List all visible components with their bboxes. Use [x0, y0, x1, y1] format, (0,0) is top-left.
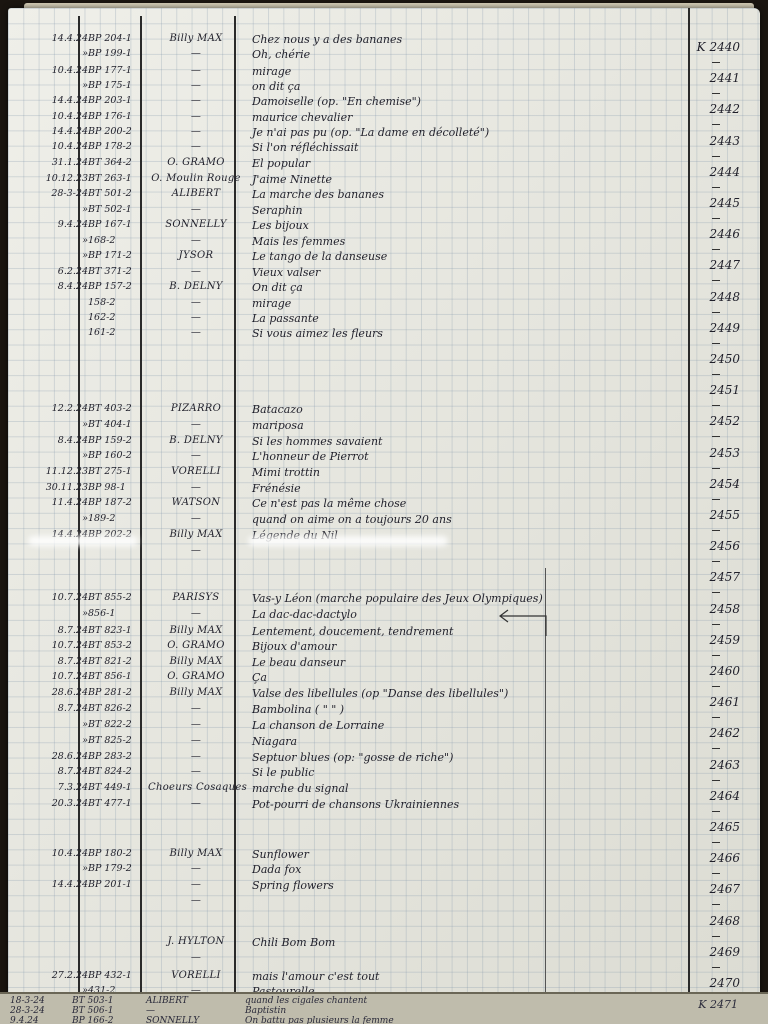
artist-name: O. GRAMO — [148, 671, 244, 682]
catalog-ref: BP 175-1 — [88, 80, 132, 91]
artist-name: — — [148, 513, 244, 524]
entry-date: 14.4.24 — [52, 879, 88, 890]
ledger-row: 31.1.24BT 364-2O. GRAMOEl popular — [8, 157, 698, 172]
artist-name: — — [148, 126, 244, 137]
song-title: Frénésie — [252, 482, 301, 495]
entry-date: 10.7.24 — [52, 671, 88, 682]
matrix-number: 2444 — [680, 165, 740, 179]
entry-date: 14.4.24 — [52, 126, 88, 137]
catalog-ref: BP 159-2 — [88, 435, 132, 446]
song-title: mariposa — [252, 419, 304, 432]
ledger-row: 10.4.24BP 178-2—Si l'on réfléchissait — [8, 141, 698, 156]
song-title: mirage — [252, 65, 291, 78]
entry-date: 11.12.23 — [46, 466, 88, 477]
ledger-row: — — [8, 545, 698, 560]
song-title: Le tango de la danseuse — [252, 250, 387, 263]
song-title: La chanson de Lorraine — [252, 719, 384, 732]
entry-date: 14.4.24 — [52, 95, 88, 106]
ledger-row: »168-2—Mais les femmes — [8, 235, 698, 250]
song-title: Sunflower — [252, 848, 309, 861]
ledger-row: 158-2—mirage — [8, 297, 698, 312]
artist-name: O. GRAMO — [148, 640, 244, 651]
catalog-ref: BP 177-1 — [88, 65, 132, 76]
ledger-row: »BT 822-2—La chanson de Lorraine — [8, 719, 698, 734]
entry-date: 8.7.24 — [58, 703, 88, 714]
song-title: Mimi trottin — [252, 466, 320, 479]
artist-name: — — [148, 80, 244, 91]
catalog-ref: BP 283-2 — [88, 751, 132, 762]
artist-name: ALIBERT — [146, 996, 188, 1006]
catalog-ref: BP 187-2 — [88, 497, 132, 508]
artist-name: — — [148, 608, 244, 619]
entry-date: 10.7.24 — [52, 592, 88, 603]
catalog-ref: BP 178-2 — [88, 141, 132, 152]
artist-name: SONNELLY — [148, 219, 244, 230]
next-page-peek: 18-3-24BT 503-1ALIBERTquand les cigales … — [0, 992, 768, 1024]
song-title: Valse des libellules (op "Danse des libe… — [252, 687, 508, 700]
song-title: Chez nous y a des bananes — [252, 33, 402, 46]
matrix-number: 2443 — [680, 134, 740, 148]
entry-date: 27.2.24 — [52, 970, 88, 981]
separator-dash — [712, 156, 720, 157]
song-title: Bambolina ( " " ) — [252, 703, 344, 716]
matrix-number: 2464 — [680, 789, 740, 803]
ledger-row: »BP 160-2—L'honneur de Pierrot — [8, 450, 698, 465]
ledger-row: 14.4.24BP 200-2—Je n'ai pas pu (op. "La … — [8, 126, 698, 141]
ledger-row: 8.7.24BT 826-2—Bambolina ( " " ) — [8, 703, 698, 718]
catalog-ref: BP 200-2 — [88, 126, 132, 137]
catalog-ref: BT 364-2 — [88, 157, 132, 168]
catalog-ref: BT 404-1 — [88, 419, 132, 430]
artist-name: — — [148, 95, 244, 106]
separator-dash — [712, 655, 720, 656]
catalog-ref: BT 501-2 — [88, 188, 132, 199]
ledger-row: 10.4.24BP 176-1—maurice chevalier — [8, 111, 698, 126]
artist-name: JYSOR — [148, 250, 244, 261]
entry-date: 31.1.24 — [52, 157, 88, 168]
catalog-ref: BP 171-2 — [88, 250, 132, 261]
matrix-number: 2442 — [680, 102, 740, 116]
separator-dash — [712, 686, 720, 687]
ledger-row: 7.3.24BT 449-1Choeurs Cosaquesmarche du … — [8, 782, 698, 797]
artist-name: Billy MAX — [148, 687, 244, 698]
song-title: Spring flowers — [252, 879, 334, 892]
ledger-row: 14.4.24BP 204-1Billy MAXChez nous y a de… — [8, 33, 698, 48]
separator-dash — [712, 436, 720, 437]
artist-name: — — [148, 798, 244, 809]
artist-name: Billy MAX — [148, 529, 244, 540]
ledger-row: 10.7.24BT 853-2O. GRAMOBijoux d'amour — [8, 640, 698, 655]
song-title: maurice chevalier — [252, 111, 352, 124]
separator-dash — [712, 748, 720, 749]
catalog-ref: 158-2 — [88, 297, 115, 308]
catalog-ref: BT 477-1 — [88, 798, 132, 809]
ledger-row: 10.12.23BT 263-1O. Moulin RougeJ'aime Ni… — [8, 173, 698, 188]
entry-date: 10.4.24 — [52, 848, 88, 859]
song-title: Ce n'est pas la même chose — [252, 497, 406, 510]
catalog-ref: BT 371-2 — [88, 266, 132, 277]
artist-name: ALIBERT — [148, 188, 244, 199]
ledger-row: 10.4.24BP 177-1—mirage — [8, 65, 698, 80]
separator-dash — [712, 187, 720, 188]
entry-date: 12.2.24 — [52, 403, 88, 414]
artist-name: — — [148, 48, 244, 59]
matrix-number: 2467 — [680, 882, 740, 896]
matrix-number: 2458 — [680, 602, 740, 616]
matrix-number: 2459 — [680, 633, 740, 647]
song-title: Baptistin — [245, 1006, 286, 1016]
redacted-region — [248, 536, 448, 546]
entry-date: 28.6.24 — [52, 687, 88, 698]
song-title: mais l'amour c'est tout — [252, 970, 379, 983]
artist-name: — — [148, 419, 244, 430]
separator-dash — [712, 249, 720, 250]
artist-name: B. DELNY — [148, 435, 244, 446]
catalog-ref: 162-2 — [88, 312, 115, 323]
artist-name: O. GRAMO — [148, 157, 244, 168]
separator-dash — [712, 624, 720, 625]
artist-name: PIZARRO — [148, 403, 244, 414]
song-title: Le beau danseur — [252, 656, 345, 669]
separator-dash — [712, 530, 720, 531]
song-title: Batacazo — [252, 403, 303, 416]
separator-dash — [712, 780, 720, 781]
ledger-row: 6.2.24BT 371-2—Vieux valser — [8, 266, 698, 281]
artist-name: PARISYS — [148, 592, 244, 603]
artist-name: — — [148, 327, 244, 338]
separator-dash — [712, 842, 720, 843]
separator-dash — [712, 62, 720, 63]
catalog-ref: BT 856-1 — [88, 671, 132, 682]
artist-name: WATSON — [148, 497, 244, 508]
entry-date: 14.4.24 — [52, 33, 88, 44]
song-title: quand on aime on a toujours 20 ans — [252, 513, 452, 526]
artist-name: J. HYLTON — [148, 936, 244, 947]
song-title: L'honneur de Pierrot — [252, 450, 369, 463]
entry-date: 8.4.24 — [58, 281, 88, 292]
song-title: La dac-dac-dactylo — [252, 608, 357, 621]
ledger-row: 14.4.24BP 203-1—Damoiselle (op. "En chem… — [8, 95, 698, 110]
matrix-number: 2465 — [680, 820, 740, 834]
catalog-ref: BT 263-1 — [88, 173, 132, 184]
catalog-ref: BT 826-2 — [88, 703, 132, 714]
catalog-ref: BP 281-2 — [88, 687, 132, 698]
matrix-number: 2468 — [680, 914, 740, 928]
artist-name: SONNELLY — [146, 1016, 199, 1024]
matrix-number: 2455 — [680, 508, 740, 522]
matrix-number: 2450 — [680, 352, 740, 366]
song-title: On dit ça — [252, 281, 303, 294]
artist-name: — — [148, 863, 244, 874]
entry-date: 6.2.24 — [58, 266, 88, 277]
catalog-ref: BP 157-2 — [88, 281, 132, 292]
catalog-ref: 161-2 — [88, 327, 115, 338]
ledger-row: »189-2—quand on aime on a toujours 20 an… — [8, 513, 698, 528]
matrix-number: 2445 — [680, 196, 740, 210]
song-title: Lentement, doucement, tendrement — [252, 625, 453, 638]
separator-dash — [712, 873, 720, 874]
catalog-ref: BT 503-1 — [72, 996, 113, 1006]
matrix-number: 2456 — [680, 539, 740, 553]
matrix-number: 2448 — [680, 290, 740, 304]
catalog-ref: BT 824-2 — [88, 766, 132, 777]
ledger-row: 27.2.24BP 432-1VORELLImais l'amour c'est… — [8, 970, 698, 985]
separator-dash — [712, 312, 720, 313]
artist-name: — — [148, 450, 244, 461]
song-title: Si vous aimez les fleurs — [252, 327, 383, 340]
separator-dash — [712, 343, 720, 344]
matrix-number: 2446 — [680, 227, 740, 241]
entry-date: 10.7.24 — [52, 640, 88, 651]
song-title: Damoiselle (op. "En chemise") — [252, 95, 421, 108]
song-title: Si les hommes savaient — [252, 435, 382, 448]
catalog-ref: BP 204-1 — [88, 33, 132, 44]
ledger-page: 14.4.24BP 204-1Billy MAXChez nous y a de… — [8, 8, 760, 1008]
ledger-row: 10.4.24BP 180-2Billy MAXSunflower — [8, 848, 698, 863]
artist-name: — — [148, 735, 244, 746]
matrix-number: 2454 — [680, 477, 740, 491]
ledger-row: »BP 199-1—Oh, chérie — [8, 48, 698, 63]
catalog-ref: BT 502-1 — [88, 204, 132, 215]
catalog-ref: BP 176-1 — [88, 111, 132, 122]
catalog-ref: BP 167-1 — [88, 219, 132, 230]
catalog-ref: BT 403-2 — [88, 403, 132, 414]
catalog-ref: BP 179-2 — [88, 863, 132, 874]
song-title: Je n'ai pas pu (op. "La dame en décollet… — [252, 126, 489, 139]
ledger-row: 28.6.24BP 283-2—Septuor blues (op: "goss… — [8, 751, 698, 766]
ledger-row: 11.12.23BT 275-1VORELLIMimi trottin — [8, 466, 698, 481]
ledger-row: 8.7.24BT 824-2—Si le public — [8, 766, 698, 781]
song-title: Bijoux d'amour — [252, 640, 336, 653]
artist-name: — — [148, 703, 244, 714]
matrix-number: 2441 — [680, 71, 740, 85]
matrix-number: 2451 — [680, 383, 740, 397]
separator-dash — [712, 717, 720, 718]
separator-dash — [712, 936, 720, 937]
ledger-row: J. HYLTONChili Bom Bom — [8, 936, 698, 951]
artist-name: — — [148, 766, 244, 777]
entry-date: 28.6.24 — [52, 751, 88, 762]
song-title: On battu pas plusieurs la femme — [245, 1016, 394, 1024]
matrix-number: 2452 — [680, 414, 740, 428]
separator-dash — [712, 592, 720, 593]
ledger-row: 28-3-24BT 501-2ALIBERTLa marche des bana… — [8, 188, 698, 203]
song-title: Oh, chérie — [252, 48, 310, 61]
artist-name: — — [148, 719, 244, 730]
entry-date: 9.4.24 — [58, 219, 88, 230]
entry-date: 10.4.24 — [52, 141, 88, 152]
ledger-row: 28.6.24BP 281-2Billy MAXValse des libell… — [8, 687, 698, 702]
artist-name: — — [148, 545, 244, 556]
ledger-row: »BP 175-1—on dit ça — [8, 80, 698, 95]
entry-date: 9.4.24 — [10, 1016, 39, 1024]
catalog-ref: 856-1 — [88, 608, 115, 619]
redacted-region — [28, 536, 138, 546]
entry-date: 8.7.24 — [58, 625, 88, 636]
separator-dash — [712, 561, 720, 562]
catalog-ref: 168-2 — [88, 235, 115, 246]
entry-date: 28-3-24 — [51, 188, 88, 199]
artist-name: Choeurs Cosaques — [148, 782, 244, 793]
song-title: J'aime Ninette — [252, 173, 332, 186]
artist-name: Billy MAX — [148, 625, 244, 636]
separator-dash — [712, 811, 720, 812]
artist-name: — — [148, 482, 244, 493]
ledger-row: 162-2—La passante — [8, 312, 698, 327]
separator-dash — [712, 280, 720, 281]
catalog-ref: BP 203-1 — [88, 95, 132, 106]
artist-name: Billy MAX — [148, 848, 244, 859]
ledger-row: 12.2.24BT 403-2PIZARROBatacazo — [8, 403, 698, 418]
ledger-row: — — [8, 952, 698, 967]
artist-name: — — [148, 141, 244, 152]
matrix-number: 2469 — [680, 945, 740, 959]
song-title: El popular — [252, 157, 310, 170]
entry-date: 11.4.24 — [52, 497, 88, 508]
catalog-ref: BP 432-1 — [88, 970, 132, 981]
separator-dash — [712, 93, 720, 94]
ledger-row: — — [8, 895, 698, 910]
ledger-row: 8.7.24BT 821-2Billy MAXLe beau danseur — [8, 656, 698, 671]
entry-date: 10.12.23 — [46, 173, 88, 184]
matrix-number: K 2440 — [680, 40, 740, 54]
song-title: Dada fox — [252, 863, 301, 876]
catalog-ref: BP 199-1 — [88, 48, 132, 59]
artist-name: VORELLI — [148, 466, 244, 477]
ledger-row: 10.7.24BT 855-2PARISYSVas-y Léon (marche… — [8, 592, 698, 607]
song-title: marche du signal — [252, 782, 349, 795]
entry-date: 10.4.24 — [52, 111, 88, 122]
artist-name: — — [148, 65, 244, 76]
arrow-icon — [488, 608, 558, 638]
matrix-number: 2449 — [680, 321, 740, 335]
song-title: on dit ça — [252, 80, 300, 93]
song-title: Vieux valser — [252, 266, 320, 279]
song-title: Chili Bom Bom — [252, 936, 335, 949]
entry-date: 10.4.24 — [52, 65, 88, 76]
artist-name: VORELLI — [148, 970, 244, 981]
matrix-number: 2457 — [680, 570, 740, 584]
song-title: Si le public — [252, 766, 314, 779]
ledger-row: 9.4.24BP 167-1SONNELLYLes bijoux — [8, 219, 698, 234]
artist-name: — — [148, 266, 244, 277]
catalog-ref: BT 823-1 — [88, 625, 132, 636]
ledger-row: 161-2—Si vous aimez les fleurs — [8, 327, 698, 342]
matrix-number: 2453 — [680, 446, 740, 460]
catalog-ref: BT 855-2 — [88, 592, 132, 603]
song-title: Niagara — [252, 735, 297, 748]
artist-name: — — [148, 235, 244, 246]
entry-date: 8.4.24 — [58, 435, 88, 446]
catalog-ref: BP 160-2 — [88, 450, 132, 461]
ledger-row: 8.7.24BT 823-1Billy MAXLentement, doucem… — [8, 625, 698, 640]
entry-date: 30.11.23 — [46, 482, 88, 493]
ledger-row: 30.11.23BP 98-1—Frénésie — [8, 482, 698, 497]
separator-dash — [712, 405, 720, 406]
ledger-row: 20.3.24BT 477-1—Pot-pourri de chansons U… — [8, 798, 698, 813]
song-title: Vas-y Léon (marche populaire des Jeux Ol… — [252, 592, 543, 605]
artist-name: — — [148, 751, 244, 762]
song-title: Pot-pourri de chansons Ukrainiennes — [252, 798, 459, 811]
catalog-ref: BT 506-1 — [72, 1006, 113, 1016]
matrix-number: 2470 — [680, 976, 740, 990]
song-title: Les bijoux — [252, 219, 309, 232]
artist-name: B. DELNY — [148, 281, 244, 292]
catalog-ref: 189-2 — [88, 513, 115, 524]
artist-name: — — [148, 895, 244, 906]
song-title: Septuor blues (op: "gosse de riche") — [252, 751, 453, 764]
catalog-ref: BT 825-2 — [88, 735, 132, 746]
artist-name: — — [148, 879, 244, 890]
matrix-number: 2447 — [680, 258, 740, 272]
artist-name: — — [146, 1006, 155, 1016]
artist-name: Billy MAX — [148, 656, 244, 667]
artist-name: — — [148, 952, 244, 963]
artist-name: O. Moulin Rouge — [148, 173, 244, 184]
separator-dash — [712, 904, 720, 905]
song-title: Seraphin — [252, 204, 303, 217]
ledger-row: »BT 502-1—Seraphin — [8, 204, 698, 219]
entry-date: 20.3.24 — [52, 798, 88, 809]
ledger-row: »BT 825-2—Niagara — [8, 735, 698, 750]
ledger-row: 10.7.24BT 856-1O. GRAMOÇa — [8, 671, 698, 686]
catalog-ref: BP 180-2 — [88, 848, 132, 859]
catalog-ref: BT 449-1 — [88, 782, 132, 793]
artist-name: — — [148, 111, 244, 122]
separator-dash — [712, 218, 720, 219]
artist-name: Billy MAX — [148, 33, 244, 44]
ledger-row: 14.4.24BP 201-1—Spring flowers — [8, 879, 698, 894]
matrix-number: 2463 — [680, 758, 740, 772]
entry-date: 18-3-24 — [10, 996, 45, 1006]
matrix-number: 2460 — [680, 664, 740, 678]
separator-dash — [712, 468, 720, 469]
catalog-ref: BT 822-2 — [88, 719, 132, 730]
artist-name: — — [148, 297, 244, 308]
ledger-row: 11.4.24BP 187-2WATSONCe n'est pas la mêm… — [8, 497, 698, 512]
song-title: Ça — [252, 671, 267, 684]
entry-date: 7.3.24 — [58, 782, 88, 793]
separator-dash — [712, 967, 720, 968]
catalog-ref: BP 98-1 — [88, 482, 126, 493]
separator-dash — [712, 374, 720, 375]
song-title: mirage — [252, 297, 291, 310]
catalog-ref: BP 201-1 — [88, 879, 132, 890]
entry-date: 8.7.24 — [58, 766, 88, 777]
ledger-row: »BP 179-2—Dada fox — [8, 863, 698, 878]
ledger-row: 8.4.24BP 157-2B. DELNYOn dit ça — [8, 281, 698, 296]
catalog-ref: BT 821-2 — [88, 656, 132, 667]
song-title: Si l'on réfléchissait — [252, 141, 358, 154]
artist-name: — — [148, 312, 244, 323]
ledger-row: 8.4.24BP 159-2B. DELNYSi les hommes sava… — [8, 435, 698, 450]
ledger-row: »856-1—La dac-dac-dactylo — [8, 608, 698, 623]
entry-date: 28-3-24 — [10, 1006, 45, 1016]
matrix-number: 2462 — [680, 726, 740, 740]
catalog-ref: BT 853-2 — [88, 640, 132, 651]
ledger-row: »BT 404-1—mariposa — [8, 419, 698, 434]
catalog-ref: BT 275-1 — [88, 466, 132, 477]
ledger-row: »BP 171-2JYSORLe tango de la danseuse — [8, 250, 698, 265]
artist-name: — — [148, 204, 244, 215]
song-title: La marche des bananes — [252, 188, 384, 201]
separator-dash — [712, 499, 720, 500]
separator-dash — [712, 124, 720, 125]
next-page-matrix-number: K 2471 — [698, 998, 738, 1011]
song-title: Mais les femmes — [252, 235, 345, 248]
entry-date: 8.7.24 — [58, 656, 88, 667]
matrix-number: 2466 — [680, 851, 740, 865]
